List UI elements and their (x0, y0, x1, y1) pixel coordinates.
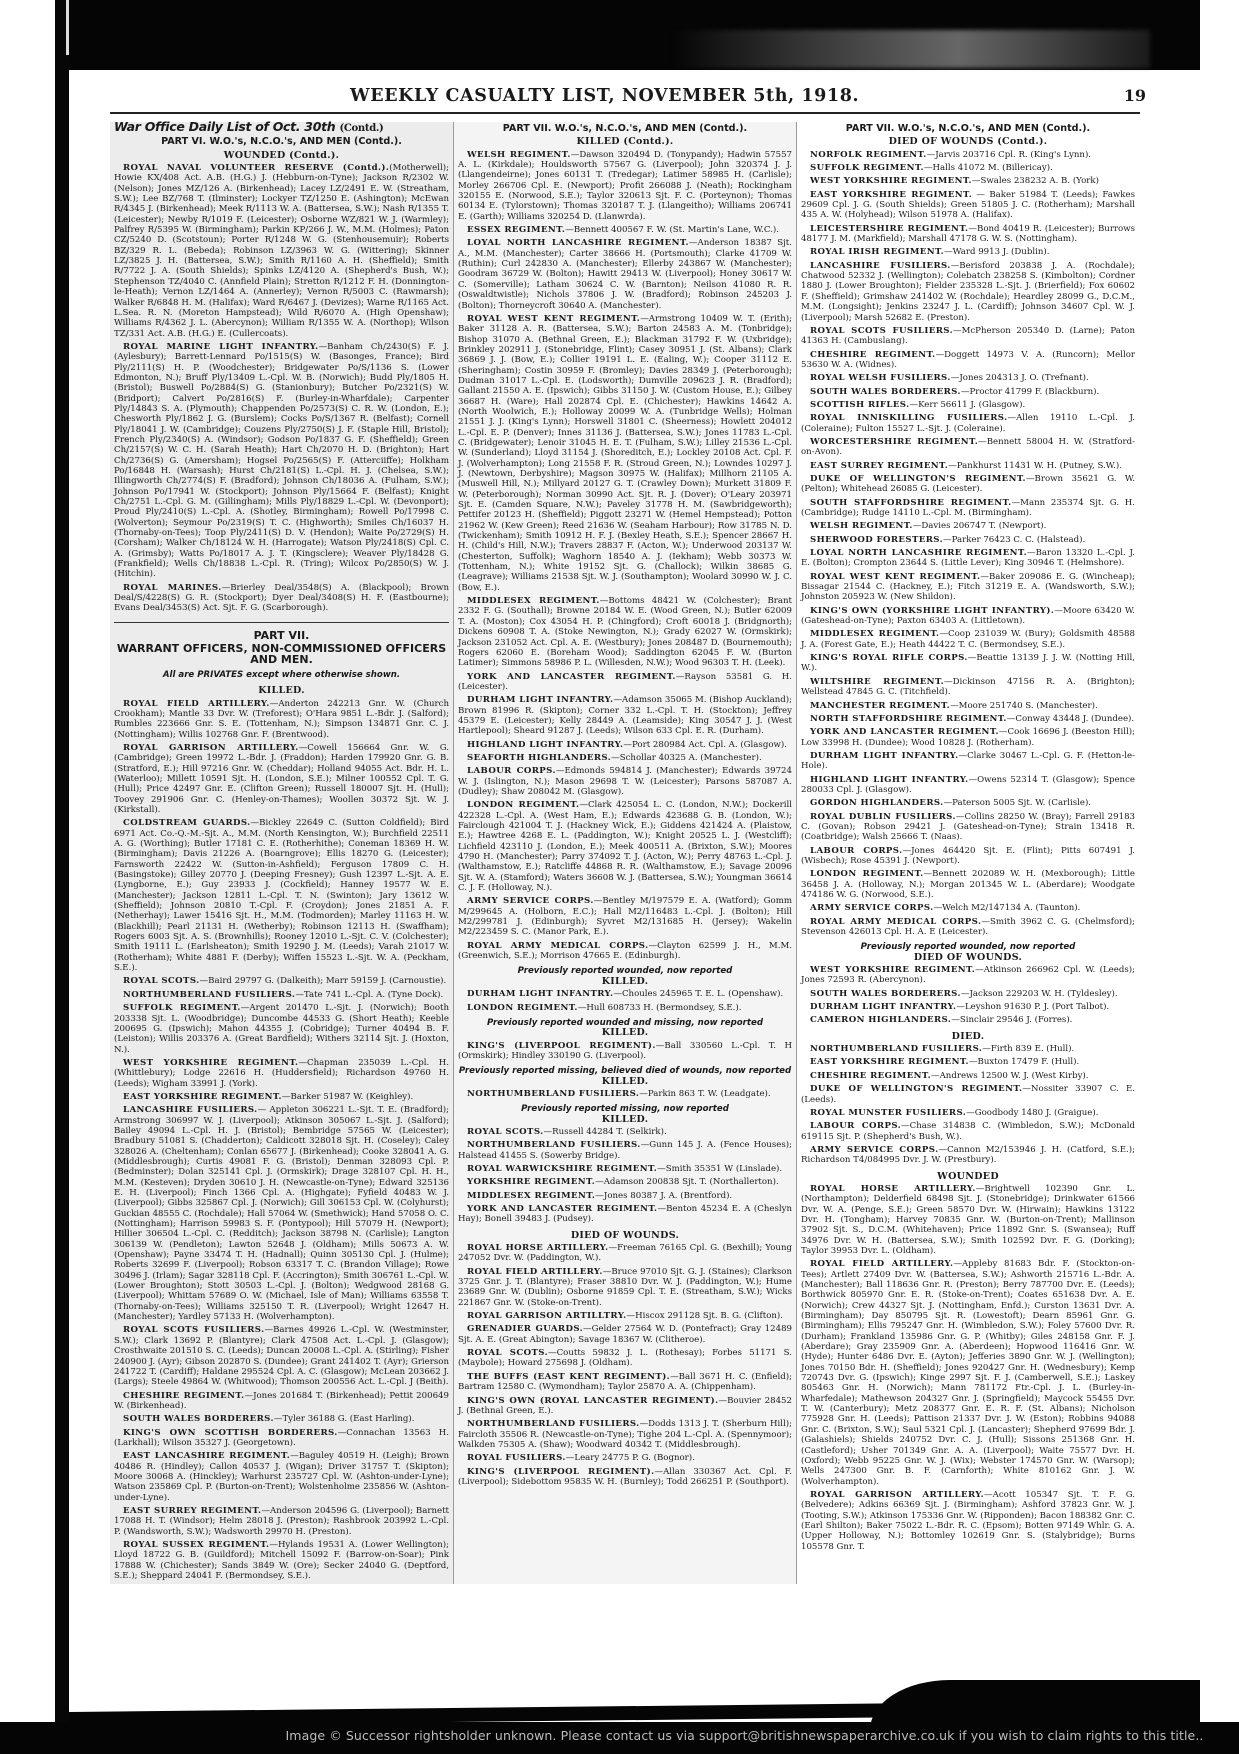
masthead: WEEKLY CASUALTY LIST, NOVEMBER 5th, 1918… (110, 82, 1140, 114)
part-heading: PART VI. W.O.'s, N.C.O.'s, AND MEN (Cont… (114, 137, 449, 147)
casualty-entry: GORDON HIGHLANDERS.—Paterson 5005 Sjt. W… (801, 798, 1135, 808)
casualty-entry: ROYAL SCOTS.—Coutts 59832 J. L. (Rothesa… (458, 1348, 792, 1369)
casualty-names: —Bottoms 48421 W. (Colchester); Brant 23… (458, 596, 792, 668)
column-2: PART VII. W.O.'s, N.C.O.'s, AND MEN (Con… (453, 122, 796, 1584)
casualty-entry: MIDDLESEX REGIMENT.—Coop 231039 W. (Bury… (801, 629, 1135, 650)
casualty-names: —Sinclair 29546 J. (Forres). (951, 1015, 1072, 1025)
casualty-entry: ROYAL SCOTS.—Baird 29797 G. (Dalkeith); … (114, 976, 449, 986)
casualty-entry: GRENADIER GUARDS.—Gelder 27564 W. D. (Po… (458, 1324, 792, 1345)
regiment-name: ROYAL ARMY MEDICAL CORPS. (467, 941, 649, 951)
casualty-entry: KING'S (LIVERPOOL REGIMENT).—Ball 330560… (458, 1041, 792, 1062)
casualty-names: —Jarvis 203716 Cpl. R. (King's Lynn). (927, 150, 1091, 160)
casualty-names: —Russell 44284 T. (Selkirk). (544, 1127, 667, 1137)
regiment-name: ROYAL GARRISON ARTILLERY. (123, 743, 299, 753)
regiment-name: ROYAL SCOTS. (467, 1348, 548, 1358)
casualty-names: —Andrews 12500 W. J. (West Kirby). (931, 1071, 1089, 1081)
regiment-name: KING'S ROYAL RIFLE CORPS. (810, 653, 968, 663)
regiment-name: DURHAM LIGHT INFANTRY. (467, 989, 613, 999)
part-vii-heading: PART VII. (114, 631, 449, 641)
casualty-names: —Bickley 22649 C. (Sutton Coldfield); Bi… (114, 818, 449, 973)
casualty-entry: YORKSHIRE REGIMENT.—Adamson 200838 Sjt. … (458, 1177, 792, 1187)
casualty-entry: SOUTH WALES BORDERERS.—Jackson 229203 W.… (801, 989, 1135, 999)
casualty-entry: KING'S (LIVERPOOL REGIMENT).—Allan 33036… (458, 1467, 792, 1488)
regiment-name: ROYAL NAVAL VOLUNTEER RESERVE (Contd.). (123, 163, 389, 173)
regiment-name: NORTHUMBERLAND FUSILIERS. (467, 1140, 641, 1150)
regiment-name: ROYAL MARINE LIGHT INFANTRY. (123, 342, 319, 352)
casualty-entry: KING'S OWN SCOTTISH BORDERERS.—Connachan… (114, 1428, 449, 1449)
casualty-entry: ROYAL FIELD ARTILLERY.—Anderton 242213 G… (114, 699, 449, 740)
casualty-entry: YORK AND LANCASTER REGIMENT.—Cook 16696 … (801, 727, 1135, 748)
casualty-names: —Goodbody 1480 J. (Graigue). (966, 1108, 1098, 1118)
part-heading: PART VII. W.O.'s, N.C.O.'s, AND MEN (Con… (801, 124, 1135, 134)
copyright-credit: Image © Successor rightsholder unknown. … (0, 1728, 1239, 1743)
regiment-name: ROYAL SCOTS. (467, 1127, 544, 1137)
casualty-names: —Swales 238232 A. B. (York) (972, 176, 1099, 186)
casualty-names: —Jones 80387 J. A. (Brentford). (595, 1191, 732, 1201)
regiment-name: ROYAL FIELD ARTILLERY. (467, 1267, 603, 1277)
casualty-entry: CHESHIRE REGIMENT.—Doggett 14973 V. A. (… (801, 350, 1135, 371)
casualty-entry: COLDSTREAM GUARDS.—Bickley 22649 C. (Sut… (114, 818, 449, 973)
regiment-name: YORK AND LANCASTER REGIMENT. (810, 727, 999, 737)
regiment-name: ROYAL SCOTS. (123, 976, 200, 986)
casualty-entry: YORK AND LANCASTER REGIMENT.—Rayson 5358… (458, 672, 792, 693)
casualty-names: —Brightwell 102390 Gnr. L. (Northampton)… (801, 1184, 1135, 1256)
casualty-entry: ROYAL WEST KENT REGIMENT.—Armstrong 1040… (458, 314, 792, 593)
regiment-name: NORTHUMBERLAND FUSILIERS. (467, 1089, 639, 1099)
regiment-name: LONDON REGIMENT. (810, 869, 924, 879)
casualty-names: (Motherwell); Howie KX/408 Act. A.B. (H.… (114, 163, 449, 339)
casualty-entry: ROYAL HORSE ARTILLERY.—Brightwell 102390… (801, 1184, 1135, 1256)
casualty-entry: ROYAL MARINE LIGHT INFANTRY.—Banham Ch/2… (114, 342, 449, 580)
column-3: PART VII. W.O.'s, N.C.O.'s, AND MEN (Con… (796, 122, 1139, 1584)
entry-list: DURHAM LIGHT INFANTRY.—Choules 245965 T.… (458, 989, 792, 1013)
casualty-entry: ARMY SERVICE CORPS.—Cannon M2/153946 J. … (801, 1145, 1135, 1166)
casualty-entry: SCOTTISH RIFLES.—Kerr 56611 J. (Glasgow)… (801, 400, 1135, 410)
regiment-name: SOUTH WALES BORDERERS. (123, 1414, 274, 1424)
casualty-names: —Buxton 17479 F. (Hull). (969, 1057, 1079, 1067)
casualty-entry: ARMY SERVICE CORPS.—Welch M2/147134 A. (… (801, 903, 1135, 913)
entry-list: WELSH REGIMENT.—Dawson 320494 D. (Tonypa… (458, 150, 792, 962)
casualty-names: —Parker 76423 C. C. (Halstead). (943, 535, 1085, 545)
regiment-name: THE BUFFS (EAST KENT REGIMENT). (467, 1372, 670, 1382)
casualty-names: —Leary 24775 P. G. (Bognor). (566, 1453, 695, 1463)
casualty-entry: EAST YORKSHIRE REGIMENT.—Barker 51987 W.… (114, 1092, 449, 1102)
regiment-name: EAST YORKSHIRE REGIMENT. (123, 1092, 282, 1102)
casualty-entry: DURHAM LIGHT INFANTRY.—Leyshon 91630 P. … (801, 1002, 1135, 1012)
entry-list: ROYAL FIELD ARTILLERY.—Anderton 242213 G… (114, 699, 449, 1582)
section-heading: DIED OF WOUNDS (Contd.). (801, 137, 1135, 147)
casualty-names: —Barker 51987 W. (Keighley). (282, 1092, 413, 1102)
regiment-name: NORTHUMBERLAND FUSILIERS. (123, 990, 295, 1000)
casualty-entry: MIDDLESEX REGIMENT.—Jones 80387 J. A. (B… (458, 1191, 792, 1201)
regiment-name: SOUTH WALES BORDERERS. (810, 989, 961, 999)
casualty-names: —Paterson 5005 Sjt. W. (Carlisle). (944, 798, 1091, 808)
regiment-name: LANCASHIRE FUSILIERS. (123, 1105, 258, 1115)
newspaper-page: WEEKLY CASUALTY LIST, NOVEMBER 5th, 1918… (110, 82, 1140, 1682)
regiment-name: NORTHUMBERLAND FUSILIERS. (467, 1419, 640, 1429)
casualty-entry: ROYAL ARMY MEDICAL CORPS.—Clayton 62599 … (458, 941, 792, 962)
regiment-name: KING'S OWN (YORKSHIRE LIGHT INFANTRY). (810, 606, 1054, 616)
casualty-names: —Moore 251740 S. (Manchester). (950, 701, 1098, 711)
status-heading: KILLED. (458, 1028, 792, 1038)
casualty-names: —Appleby 81683 Bdr. F. (Stockton-on-Tees… (801, 1259, 1135, 1486)
regiment-name: DUKE OF WELLINGTON'S REGIMENT. (810, 474, 1026, 484)
casualty-entry: LONDON REGIMENT.—Hull 608733 H. (Bermond… (458, 1003, 792, 1013)
killed-heading: KILLED. (114, 686, 449, 696)
privates-note: All are PRIVATES except where otherwise … (114, 670, 449, 680)
regiment-name: CAMERON HIGHLANDERS. (810, 1015, 951, 1025)
wounded-heading: WOUNDED (801, 1172, 1135, 1182)
casualty-entry: ROYAL WARWICKSHIRE REGIMENT.—Smith 35351… (458, 1164, 792, 1174)
page-title: WEEKLY CASUALTY LIST, NOVEMBER 5th, 1918… (350, 86, 859, 106)
regiment-name: WEST YORKSHIRE REGIMENT. (123, 1058, 298, 1068)
regiment-name: EAST YORKSHIRE REGIMENT. (810, 1057, 969, 1067)
casualty-entry: KING'S ROYAL RIFLE CORPS.—Beattie 13139 … (801, 653, 1135, 674)
casualty-names: —Adamson 200838 Sjt. T. (Northallerton). (595, 1177, 779, 1187)
casualty-entry: NORTHUMBERLAND FUSILIERS.—Tate 741 L.-Cp… (114, 990, 449, 1000)
casualty-entry: ROYAL GARRISON ARTILLTRY.—Hiscox 291128 … (458, 1311, 792, 1321)
casualty-names: —Cowell 156664 Gnr. W. G. (Cambridge); G… (114, 743, 449, 815)
regiment-name: ROYAL HORSE ARTILLERY. (810, 1184, 976, 1194)
casualty-entry: ROYAL IRISH REGIMENT.—Ward 9913 J. (Dubl… (801, 247, 1135, 257)
columns: War Office Daily List of Oct. 30th (Cont… (110, 122, 1140, 1584)
casualty-names: —Hull 608733 H. (Bermondsey, S.E.). (578, 1003, 742, 1013)
status-heading: KILLED. (458, 1115, 792, 1125)
casualty-entry: DUKE OF WELLINGTON'S REGIMENT.—Nossiter … (801, 1084, 1135, 1105)
casualty-entry: WEST YORKSHIRE REGIMENT.—Chapman 235039 … (114, 1058, 449, 1089)
status-heading: KILLED. (458, 1077, 792, 1087)
casualty-entry: DURHAM LIGHT INFANTRY.—Clarke 30467 L.-C… (801, 751, 1135, 772)
regiment-name: EAST SURREY REGIMENT. (810, 461, 948, 471)
regiment-name: ROYAL HORSE ARTILLERY. (467, 1243, 609, 1253)
regiment-name: COLDSTREAM GUARDS. (123, 818, 251, 828)
regiment-name: NORTH STAFFORDSHIRE REGIMENT. (810, 714, 1007, 724)
casualty-entry: CAMERON HIGHLANDERS.—Sinclair 29546 J. (… (801, 1015, 1135, 1025)
regiment-name: WELSH REGIMENT. (467, 150, 571, 160)
status-heading: DIED OF WOUNDS. (801, 953, 1135, 963)
casualty-entry: LONDON REGIMENT.—Bennett 202089 W. H. (M… (801, 869, 1135, 900)
part-vii-subheading: WARRANT OFFICERS, NON-COMMISSIONED OFFIC… (114, 644, 449, 665)
regiment-name: MIDDLESEX REGIMENT. (810, 629, 939, 639)
regiment-name: MIDDLESEX REGIMENT. (467, 596, 600, 606)
casualty-entry: EAST SURREY REGIMENT.—Pankhurst 11431 W.… (801, 461, 1135, 471)
regiment-name: SOUTH WALES BORDERERS. (810, 387, 961, 397)
entry-list: ROYAL HORSE ARTILLERY.—Freeman 76165 Cpl… (458, 1243, 792, 1487)
regiment-name: YORK AND LANCASTER REGIMENT. (467, 1204, 657, 1214)
regiment-name: SOUTH STAFFORDSHIRE REGIMENT. (810, 498, 1012, 508)
casualty-entry: ROYAL SCOTS.—Russell 44284 T. (Selkirk). (458, 1127, 792, 1137)
casualty-entry: LEICESTERSHIRE REGIMENT.—Bond 40419 R. (… (801, 224, 1135, 245)
casualty-names: —Berisford 203838 J. A. (Rochdale); Chat… (801, 261, 1135, 323)
regiment-name: KING'S (LIVERPOOL REGIMENT). (467, 1467, 654, 1477)
regiment-name: LOYAL NORTH LANCASHIRE REGIMENT. (467, 238, 689, 248)
entry-list: NORFOLK REGIMENT.—Jarvis 203716 Cpl. R. … (801, 150, 1135, 938)
regiment-name: KING'S (LIVERPOOL REGIMENT). (467, 1041, 656, 1051)
column-1: War Office Daily List of Oct. 30th (Cont… (110, 122, 453, 1584)
casualty-names: —Conway 43448 J. (Dundee). (1007, 714, 1134, 724)
casualty-entry: WILTSHIRE REGIMENT.—Dickinson 47156 R. A… (801, 677, 1135, 698)
casualty-entry: KING'S OWN (YORKSHIRE LIGHT INFANTRY).—M… (801, 606, 1135, 627)
entry-list: ROYAL NAVAL VOLUNTEER RESERVE (Contd.).(… (114, 163, 449, 614)
casualty-names: —Choules 245965 T. E. L. (Openshaw). (613, 989, 783, 999)
regiment-name: ROYAL FIELD ARTILLERY. (123, 699, 270, 709)
casualty-entry: SOUTH STAFFORDSHIRE REGIMENT.—Mann 23537… (801, 498, 1135, 519)
casualty-names: —Tate 741 L.-Cpl. A. (Tyne Dock). (295, 990, 443, 1000)
regiment-name: CHESHIRE REGIMENT. (810, 350, 936, 360)
regiment-name: WEST YORKSHIRE REGIMENT. (810, 965, 975, 975)
casualty-entry: LABOUR CORPS.—Jones 464420 Sjt. E. (Flin… (801, 846, 1135, 867)
casualty-entry: WEST YORKSHIRE REGIMENT.—Atkinson 266962… (801, 965, 1135, 986)
regiment-name: ROYAL ARMY MEDICAL CORPS. (810, 917, 981, 927)
casualty-entry: KING'S OWN (ROYAL LANCASTER REGIMENT).—B… (458, 1396, 792, 1417)
regiment-name: ROYAL WEST KENT REGIMENT. (810, 572, 980, 582)
casualty-entry: SEAFORTH HIGHLANDERS.—Schollar 40325 A. … (458, 753, 792, 763)
casualty-names: —Anderson 18387 Sjt. A., M.M. (Mancheste… (458, 238, 792, 310)
regiment-name: ROYAL DUBLIN FUSILIERS. (810, 812, 956, 822)
casualty-entry: LABOUR CORPS.—Edmonds 594814 J. (Manches… (458, 766, 792, 797)
regiment-name: GORDON HIGHLANDERS. (810, 798, 944, 808)
casualty-entry: MANCHESTER REGIMENT.—Moore 251740 S. (Ma… (801, 701, 1135, 711)
regiment-name: HIGHLAND LIGHT INFANTRY. (810, 775, 969, 785)
entry-list: ROYAL SCOTS.—Russell 44284 T. (Selkirk).… (458, 1127, 792, 1225)
casualty-entry: ROYAL MARINES.—Brierley Deal/3548(S) A. … (114, 583, 449, 614)
casualty-entry: WELSH REGIMENT.—Davies 206747 T. (Newpor… (801, 521, 1135, 531)
regiment-name: ROYAL WARWICKSHIRE REGIMENT. (467, 1164, 657, 1174)
casualty-names: —Bennett 400567 F. W. (St. Martin's Lane… (565, 225, 779, 235)
casualty-entry: CHESHIRE REGIMENT.—Andrews 12500 W. J. (… (801, 1071, 1135, 1081)
scan-border-left (55, 0, 69, 1754)
casualty-entry: EAST YORKSHIRE REGIMENT. — Baker 51984 T… (801, 190, 1135, 221)
casualty-names: —Smith 35351 W (Linslade). (657, 1164, 782, 1174)
regiment-name: MIDDLESEX REGIMENT. (467, 1191, 595, 1201)
casualty-names: —Baird 29797 G. (Dalkeith); Marr 59159 J… (200, 976, 447, 986)
regiment-name: YORKSHIRE REGIMENT. (467, 1177, 595, 1187)
status-heading: KILLED. (458, 977, 792, 987)
regiment-name: DURHAM LIGHT INFANTRY. (810, 1002, 956, 1012)
casualty-entry: HIGHLAND LIGHT INFANTRY.—Owens 52314 T. … (801, 775, 1135, 796)
regiment-name: ARMY SERVICE CORPS. (810, 1145, 938, 1155)
casualty-names: —Banham Ch/2430(S) F. J. (Aylesbury); Ba… (114, 342, 449, 580)
regiment-name: LONDON REGIMENT. (467, 1003, 578, 1013)
entry-list: NORTHUMBERLAND FUSILIERS.—Firth 839 E. (… (801, 1044, 1135, 1165)
casualty-names: —Pankhurst 11431 W. H. (Putney, S.W.). (948, 461, 1122, 471)
entry-list: KING'S (LIVERPOOL REGIMENT).—Ball 330560… (458, 1041, 792, 1062)
regiment-name: EAST LANCASHIRE REGIMENT. (123, 1451, 290, 1461)
casualty-entry: NORTH STAFFORDSHIRE REGIMENT.—Conway 434… (801, 714, 1135, 724)
casualty-names: —Welch M2/147134 A. (Taunton). (934, 903, 1081, 913)
regiment-name: ROYAL GARRISON ARTILLTRY. (467, 1311, 627, 1321)
casualty-names: —Jackson 229203 W. H. (Tyldesley). (961, 989, 1118, 999)
casualty-entry: SHERWOOD FORESTERS.—Parker 76423 C. C. (… (801, 535, 1135, 545)
casualty-entry: ROYAL GARRISON ARTILLERY.—Acott 105347 S… (801, 1490, 1135, 1552)
regiment-name: WILTSHIRE REGIMENT. (810, 677, 944, 687)
regiment-name: EAST SURREY REGIMENT. (123, 1506, 261, 1516)
regiment-name: NORFOLK REGIMENT. (810, 150, 927, 160)
casualty-entry: CHESHIRE REGIMENT.—Jones 201684 T. (Birk… (114, 1391, 449, 1412)
regiment-name: ROYAL WEST KENT REGIMENT. (467, 314, 640, 324)
regiment-name: LOYAL NORTH LANCASHIRE REGIMENT. (810, 548, 1027, 558)
casualty-names: —Firth 839 E. (Hull). (982, 1044, 1074, 1054)
casualty-entry: ROYAL HORSE ARTILLERY.—Freeman 76165 Cpl… (458, 1243, 792, 1264)
died-heading: DIED. (801, 1032, 1135, 1042)
casualty-entry: YORK AND LANCASTER REGIMENT.—Benton 4523… (458, 1204, 792, 1225)
casualty-names: —Parkin 863 T. W. (Leadgate). (639, 1089, 770, 1099)
regiment-name: NORTHUMBERLAND FUSILIERS. (810, 1044, 982, 1054)
casualty-entry: HIGHLAND LIGHT INFANTRY.—Port 280984 Act… (458, 740, 792, 750)
casualty-entry: DURHAM LIGHT INFANTRY.—Adamson 35065 M. … (458, 695, 792, 736)
regiment-name: ROYAL FUSILIERS. (467, 1453, 566, 1463)
entry-list: ROYAL HORSE ARTILLERY.—Brightwell 102390… (801, 1184, 1135, 1552)
scan-border-top (55, 0, 1200, 70)
casualty-entry: ROYAL DUBLIN FUSILIERS.—Collins 28250 W.… (801, 812, 1135, 843)
casualty-entry: LANCASHIRE FUSILIERS.— Appleton 306221 L… (114, 1105, 449, 1322)
casualty-entry: ROYAL SCOTS FUSILIERS.—McPherson 205340 … (801, 326, 1135, 347)
regiment-name: ROYAL FIELD ARTILLERY. (810, 1259, 953, 1269)
regiment-name: ROYAL SCOTS FUSILIERS. (123, 1325, 265, 1335)
casualty-names: —Davies 206747 T. (Newport). (913, 521, 1047, 531)
casualty-entry: EAST SURREY REGIMENT.—Anderson 204596 G.… (114, 1506, 449, 1537)
casualty-entry: EAST YORKSHIRE REGIMENT.—Buxton 17479 F.… (801, 1057, 1135, 1067)
regiment-name: SEAFORTH HIGHLANDERS. (467, 753, 611, 763)
casualty-entry: LOYAL NORTH LANCASHIRE REGIMENT.—Anderso… (458, 238, 792, 310)
casualty-entry: SUFFOLK REGIMENT.—Argent 201470 L.-Sjt. … (114, 1003, 449, 1055)
casualty-entry: EAST LANCASHIRE REGIMENT.—Baguley 40519 … (114, 1451, 449, 1503)
casualty-names: — Appleton 306221 L.-Sjt. T. E. (Bradfor… (114, 1105, 449, 1322)
casualty-entry: NORTHUMBERLAND FUSILIERS.—Parkin 863 T. … (458, 1089, 792, 1099)
regiment-name: SUFFOLK REGIMENT. (810, 163, 924, 173)
regiment-name: KING'S OWN SCOTTISH BORDERERS. (123, 1428, 338, 1438)
part-heading: PART VII. W.O.'s, N.C.O.'s, AND MEN (Con… (458, 124, 792, 134)
casualty-entry: ROYAL WELSH FUSILIERS.—Jones 204313 J. O… (801, 373, 1135, 383)
regiment-name: CHESHIRE REGIMENT. (810, 1071, 931, 1081)
casualty-entry: DUKE OF WELLINGTON'S REGIMENT.—Brown 356… (801, 474, 1135, 495)
casualty-names: —Port 280984 Act. Cpl. A. (Glasgow). (623, 740, 787, 750)
regiment-name: ARMY SERVICE CORPS. (467, 896, 594, 906)
regiment-name: ROYAL SUSSEX REGIMENT. (123, 1540, 269, 1550)
casualty-names: —Clark 425054 L. C. (London, N.W.); Dock… (458, 800, 792, 893)
casualty-entry: ROYAL SCOTS FUSILIERS.—Barnes 49926 L.-C… (114, 1325, 449, 1387)
entry-list: WEST YORKSHIRE REGIMENT.—Atkinson 266962… (801, 965, 1135, 1026)
casualty-entry: NORTHUMBERLAND FUSILIERS.—Firth 839 E. (… (801, 1044, 1135, 1054)
casualty-entry: ARMY SERVICE CORPS.—Bentley M/197579 E. … (458, 896, 792, 937)
casualty-entry: WORCESTERSHIRE REGIMENT.—Bennett 58004 H… (801, 437, 1135, 458)
died-of-wounds-heading: DIED OF WOUNDS. (458, 1231, 792, 1241)
casualty-entry: DURHAM LIGHT INFANTRY.—Choules 245965 T.… (458, 989, 792, 999)
regiment-name: LABOUR CORPS. (810, 1121, 901, 1131)
casualty-entry: LANCASHIRE FUSILIERS.—Berisford 203838 J… (801, 261, 1135, 323)
casualty-names: —Hiscox 291128 Sjt. B. G. (Clifton). (627, 1311, 783, 1321)
regiment-name: SUFFOLK REGIMENT. (123, 1003, 241, 1013)
casualty-entry: WELSH REGIMENT.—Dawson 320494 D. (Tonypa… (458, 150, 792, 222)
regiment-name: LABOUR CORPS. (467, 766, 556, 776)
casualty-entry: LOYAL NORTH LANCASHIRE REGIMENT.—Baron 1… (801, 548, 1135, 569)
casualty-entry: ROYAL WEST KENT REGIMENT.—Baker 209086 E… (801, 572, 1135, 603)
regiment-name: ROYAL INNISKILLING FUSILIERS. (810, 413, 1008, 423)
section-heading: KILLED (Contd.). (458, 137, 792, 147)
daily-list-banner: War Office Daily List of Oct. 30th (Cont… (114, 122, 449, 134)
casualty-entry: ROYAL INNISKILLING FUSILIERS.—Allen 1911… (801, 413, 1135, 434)
divider (114, 622, 449, 623)
regiment-name: WEST YORKSHIRE REGIMENT. (810, 176, 972, 186)
casualty-names: —Proctor 41799 F. (Blackburn). (961, 387, 1099, 397)
regiment-name: MANCHESTER REGIMENT. (810, 701, 950, 711)
regiment-name: DURHAM LIGHT INFANTRY. (467, 695, 613, 705)
regiment-name: ROYAL MARINES. (123, 583, 222, 593)
page-number: 19 (1124, 86, 1146, 105)
section-heading: WOUNDED (Contd.). (114, 151, 449, 161)
casualty-entry: ROYAL FIELD ARTILLERY.—Appleby 81683 Bdr… (801, 1259, 1135, 1487)
regiment-name: LABOUR CORPS. (810, 846, 902, 856)
casualty-entry: NORFOLK REGIMENT.—Jarvis 203716 Cpl. R. … (801, 150, 1135, 160)
casualty-names: —Ward 9913 J. (Dublin). (944, 247, 1049, 257)
casualty-entry: NORTHUMBERLAND FUSILIERS.—Dodds 1313 J. … (458, 1419, 792, 1450)
regiment-name: KING'S OWN (ROYAL LANCASTER REGIMENT). (467, 1396, 718, 1406)
casualty-names: —Dawson 320494 D. (Tonypandy); Hadwin 57… (458, 150, 792, 222)
regiment-name: YORK AND LANCASTER REGIMENT. (467, 672, 676, 682)
casualty-entry: NORTHUMBERLAND FUSILIERS.—Gunn 145 J. A.… (458, 1140, 792, 1161)
regiment-name: DUKE OF WELLINGTON'S REGIMENT. (810, 1084, 1022, 1094)
casualty-entry: SUFFOLK REGIMENT.—Halls 41072 M. (Biller… (801, 163, 1135, 173)
casualty-names: —Armstrong 10409 W. T. (Erith); Baker 31… (458, 314, 792, 593)
regiment-name: HIGHLAND LIGHT INFANTRY. (467, 740, 623, 750)
casualty-entry: ROYAL SUSSEX REGIMENT.—Hylands 19531 A. … (114, 1540, 449, 1581)
regiment-name: GRENADIER GUARDS. (467, 1324, 583, 1334)
casualty-entry: SOUTH WALES BORDERERS.—Proctor 41799 F. … (801, 387, 1135, 397)
regiment-name: WORCESTERSHIRE REGIMENT. (810, 437, 978, 447)
casualty-names: —Leyshon 91630 P. J. (Port Talbot). (956, 1002, 1109, 1012)
regiment-name: WELSH REGIMENT. (810, 521, 913, 531)
regiment-name: ROYAL WELSH FUSILIERS. (810, 373, 951, 383)
regiment-name: ROYAL GARRISON ARTILLERY. (810, 1490, 984, 1500)
casualty-names: —Tyler 36188 G. (East Harling). (274, 1414, 415, 1424)
regiment-name: EAST YORKSHIRE REGIMENT. (810, 190, 972, 200)
casualty-entry: ROYAL ARMY MEDICAL CORPS.—Smith 3962 C. … (801, 917, 1135, 938)
casualty-entry: ROYAL GARRISON ARTILLERY.—Cowell 156664 … (114, 743, 449, 815)
regiment-name: ROYAL MUNSTER FUSILIERS. (810, 1108, 966, 1118)
casualty-names: —Schollar 40325 A. (Manchester). (611, 753, 762, 763)
casualty-names: —Kerr 56611 J. (Glasgow). (910, 400, 1026, 410)
casualty-entry: ESSEX REGIMENT.—Bennett 400567 F. W. (St… (458, 225, 792, 235)
regiment-name: SCOTTISH RIFLES. (810, 400, 910, 410)
casualty-entry: ROYAL FUSILIERS.—Leary 24775 P. G. (Bogn… (458, 1453, 792, 1463)
casualty-entry: THE BUFFS (EAST KENT REGIMENT).—Ball 367… (458, 1372, 792, 1393)
casualty-entry: ROYAL FIELD ARTILLERY.—Bruce 97010 Sjt. … (458, 1267, 792, 1308)
casualty-entry: ROYAL MUNSTER FUSILIERS.—Goodbody 1480 J… (801, 1108, 1135, 1118)
casualty-entry: ROYAL NAVAL VOLUNTEER RESERVE (Contd.).(… (114, 163, 449, 339)
regiment-name: SHERWOOD FORESTERS. (810, 535, 943, 545)
regiment-name: LEICESTERSHIRE REGIMENT. (810, 224, 968, 234)
entry-list: NORTHUMBERLAND FUSILIERS.—Parkin 863 T. … (458, 1089, 792, 1099)
casualty-entry: SOUTH WALES BORDERERS.—Tyler 36188 G. (E… (114, 1414, 449, 1424)
regiment-name: ROYAL SCOTS FUSILIERS. (810, 326, 953, 336)
casualty-entry: LABOUR CORPS.—Chase 314838 C. (Wimbledon… (801, 1121, 1135, 1142)
regiment-name: ARMY SERVICE CORPS. (810, 903, 934, 913)
regiment-name: DURHAM LIGHT INFANTRY. (810, 751, 959, 761)
regiment-name: CHESHIRE REGIMENT. (123, 1391, 244, 1401)
casualty-entry: MIDDLESEX REGIMENT.—Bottoms 48421 W. (Co… (458, 596, 792, 668)
casualty-entry: WEST YORKSHIRE REGIMENT.—Swales 238232 A… (801, 176, 1135, 186)
regiment-name: ESSEX REGIMENT. (467, 225, 565, 235)
casualty-names: —Acott 105347 Sjt. T. F. G. (Belvedere);… (801, 1490, 1135, 1552)
regiment-name: LANCASHIRE FUSILIERS. (810, 261, 951, 271)
casualty-names: —Halls 41072 M. (Billericay). (924, 163, 1053, 173)
casualty-names: —Jones 204313 J. O. (Trefnant). (951, 373, 1089, 383)
casualty-entry: LONDON REGIMENT.—Clark 425054 L. C. (Lon… (458, 800, 792, 893)
regiment-name: LONDON REGIMENT. (467, 800, 579, 810)
regiment-name: ROYAL IRISH REGIMENT. (810, 247, 944, 257)
status-note: Previously reported missing, believed di… (458, 1066, 792, 1076)
